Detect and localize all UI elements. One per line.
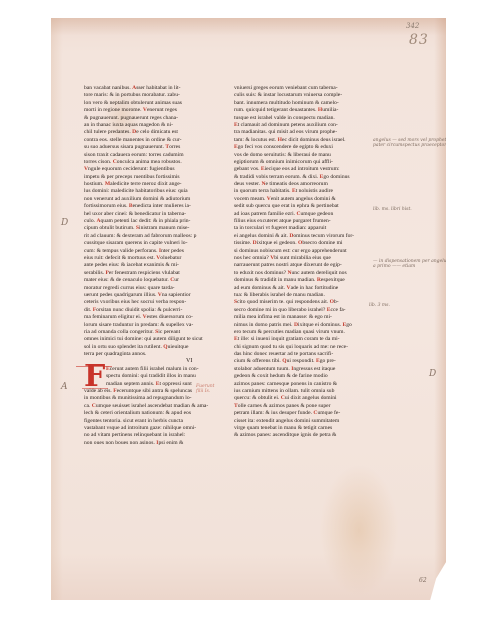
text-line: cisset ita: extendit angelus domini summ… [234,418,364,425]
rubricated-capital: D [253,240,257,246]
text-line: Tolle carnes & azimos panes & pone super [234,403,364,410]
marginal-note-line: a primo —— etiam [373,264,451,269]
marginal-note-line: filii Is. [196,389,214,394]
text-line: rit ad clauum: & dexteram ad fabrorum ma… [84,233,214,240]
marginal-note-line: pater circumspectus praeceptor [373,143,449,148]
rubricated-capital: O [330,299,334,305]
rubricated-capital: M [105,181,110,187]
rubricated-capital: F [93,307,96,313]
text-line: Scito quod miserim te. qui respondens ai… [234,299,364,306]
marginal-note-top: angelus — sed mors vel propheta pater ci… [373,138,449,148]
rubricated-capital: V [287,285,291,291]
text-line: sison traxit cadauera eorum: torres cadu… [84,152,214,159]
folio-number: 83 [409,32,429,48]
rubricated-capital: Q [282,358,286,364]
rubricated-capital: N [262,181,266,187]
rubricated-capital: I [291,366,293,372]
text-line: ta in torculari vt fugeret madian: appar… [234,225,364,232]
text-line: ei angelus domini & ait. Dominus tecum v… [234,233,364,240]
text-line: & pugnauerunt. pugnauerunt reges chana- [84,115,214,122]
text-line: culo. Aquam petenti lac dedit: & in phia… [84,218,214,225]
text-line: egiptiorum & omnium inimicorum qui affli… [234,159,364,166]
rubricated-capital: F [113,388,116,394]
rubricated-capital: D [289,233,293,239]
text-line: omnes inimici tui domine: qui autem dili… [84,336,214,343]
text-line: das hinc donec reuertar ad te portans sa… [234,351,364,358]
text-line: milia mea infima est in manasse: & ego m… [234,314,364,321]
illuminated-initial: F [84,364,106,390]
text-line: ad eum dominus & ait. Vade in hac fortit… [234,285,364,292]
rubricated-capital: I [159,248,161,254]
text-line: eius ruit: defecit & mortuus est. Volueb… [84,255,214,262]
text-line: dit. Forsitan nunc diuidit spolia: & pul… [84,307,214,314]
text-line: fortissimorum eius. Benedicta inter muli… [84,203,214,210]
text-line: nimus in domo patris mei. Dixitque ei do… [234,322,364,329]
text-line: stolabor aduentum tuum. Ingressus est it… [234,366,364,373]
text-line: ante pedes eius: & iacebat exanimis & mi… [84,262,214,269]
rubricated-capital: T [234,403,238,409]
text-line: filius eius excuteret atque purgaret fru… [234,218,364,225]
text-line: tua: & liberabis israhel de manu madian. [234,292,364,299]
text-line: ad ioas patrem familie ezri. Cumque gede… [234,211,364,218]
rubricated-capital: E [316,358,320,364]
text-line: an in thanac iuxta aquas magedon & ni- [84,122,214,129]
chapter-text-line: non oues non boues non asinos. Ipsi enim… [84,440,214,447]
rubricated-capital: H [278,137,282,143]
text-line: si dominus nobiscum est: cur ergo appreh… [234,248,364,255]
rubricated-capital: V [158,292,162,298]
text-line: hostium. Maledicite terre meroz dixit an… [84,181,214,188]
rubricated-capital: C [313,410,317,416]
text-line: quercu: & obtulit ei. Cui dixit angelus … [234,395,364,402]
rubricated-capital: C [281,395,285,401]
rubricated-capital: C [113,159,117,165]
text-line: lus domini: maledicite habitatoribus eiu… [84,188,214,195]
text-line: morti in regione morome. Venerunt reges [84,107,214,114]
text-line: ius carnium mittens in ollam. tulit omni… [234,388,364,395]
text-line: Ego feci vos conscendere de egipto & edu… [234,144,364,151]
text-line: gedeon & coxit hedum & de farine modio [234,373,364,380]
text-line: virge quam tenebat in manu & tetigit car… [234,425,364,432]
text-line: deus vester. Ne timeatis deos amorreorum [234,181,364,188]
rubricated-capital: V [267,196,271,202]
text-line: sedit sub quercu que erat in ephra & per… [234,203,364,210]
text-line: in quorum terra habitatis. Et noluistis … [234,188,364,195]
rubricated-capital: V [270,255,274,261]
right-text-column: vniuersi greges eorum veniebant cum tabe… [234,85,364,440]
text-line: tam: & locutus est. Hec dicit dominus de… [234,137,364,144]
rubricated-capital: C [296,211,300,217]
rubricated-capital: Q [163,344,167,350]
text-line: lon vero & neptalim obtulerunt animas su… [84,100,214,107]
rubricated-capital: P [105,270,108,276]
text-line: vniuersi greges eorum veniebant cum tabe… [234,85,364,92]
text-line: uerunt pedes quadrigarum illius. Vna sap… [84,292,214,299]
chapter-text-line: in montibus & munitissima ad repugnandum… [84,395,214,402]
text-line: tore maris: & in portubus morabatur. zab… [84,92,214,99]
rubricated-capital: S [234,299,237,305]
chapter-text-line: no ad vitam pertinens relinquebant in is… [84,432,214,439]
rubricated-capital: E [342,322,346,328]
folio-small-annotation: 342 [406,22,419,30]
rubricated-capital: B [129,203,133,209]
text-line: serabilis. Per fenestram respiciens vlul… [84,270,214,277]
text-line: chil tulere predantes. De celo dimicatu … [84,129,214,136]
rubricated-capital: A [132,85,136,91]
marginal-note-angel: lib. 3 ms. [369,303,390,308]
text-line: contra eos. stelle manentes in ordine & … [84,137,214,144]
rubricated-capital: E [320,174,324,180]
text-line: Et clamauit ad dominum petens auxilium c… [234,122,364,129]
rubricated-capital: E [261,166,265,172]
text-line: ria ad ornanda colla congeritur. Sic per… [84,329,214,336]
rubricated-capital: V [156,255,160,261]
text-line: cipum obtulit butirum. Sinistram manum m… [84,225,214,232]
text-line: moratur regredi currus eius: quare tarda… [84,285,214,292]
rubricated-capital: E [292,188,296,194]
text-line: cussitque sisaram querens in capite vuln… [84,240,214,247]
marginal-note-mid: lib. ms. libri hist. [373,207,412,212]
text-line: non venerunt ad auxilium domini & adiuto… [84,196,214,203]
marginal-symbol-left: D [61,218,68,228]
text-line: narrauerunt patres nostri atque dixerunt… [234,262,364,269]
rubricated-capital: H [318,107,322,113]
text-line: mater eius: & de cenaculo loquebatur. Cu… [84,277,214,284]
rubricated-capital: T [165,144,169,150]
rubricated-capital: V [84,166,88,172]
text-line: secro domine mi in quo liberabo israhel?… [234,307,364,314]
manuscript-page: 342 83 ban vacabat nanibus. Asser habita… [51,18,446,600]
rubricated-capital: E [234,144,238,150]
rubricated-capital: A [96,218,100,224]
text-line: impetu & per preceps ruentibus fortissim… [84,174,214,181]
text-line: to eduxit nos dominus? Nunc autem dereli… [234,270,364,277]
text-line: cium & offerens tibi. Qui respondit. Ego… [234,358,364,365]
text-line: su suo aduersus sisara pugnauerunt. Torr… [84,144,214,151]
marginal-symbol-right: D [429,369,436,379]
corner-annotation: 62 [419,578,427,583]
text-line: cum: & tempus valide perforans. Inter pe… [84,248,214,255]
rubricated-capital: D [132,129,136,135]
text-line: lorum sisare traduntur in predam: & supe… [84,322,214,329]
rubricated-capital: I [156,440,158,446]
chapter-text-line: figentes tentoria. sicut erant in herbis… [84,418,214,425]
text-line: terra per quadraginta annos. [84,351,214,358]
text-line: Et ille: si inueni inquit gratiam coram … [234,336,364,343]
rubricated-capital: V [143,314,147,320]
text-line: Vngule equorum ceciderunt: fugientibus [84,166,214,173]
text-line: & azimos panes: ascenditque ignis de pet… [234,432,364,439]
text-line: nos hec omnia? Vbi sunt mirabilia eius q… [234,255,364,262]
text-line: culis suis: & instar locustarum vniuersa… [234,92,364,99]
rubricated-capital: C [92,403,96,409]
text-line: vos de domo seruitutis: & liberaui de ma… [234,152,364,159]
text-line: dominus & tradidit in manu madian. Respe… [234,277,364,284]
text-line: chi signum quod tu sis qui loquaris ad m… [234,344,364,351]
text-line: ban vacabat nanibus. Asser habitabat in … [84,85,214,92]
text-line: sol in ortu suo splendet ita rutilent. Q… [84,344,214,351]
text-line: rum. quicquid tetigerant deuastantes. Hu… [234,107,364,114]
chapter-number: VI [186,358,192,364]
text-line: petram illam: & ius desuper funde. Cumqu… [234,410,364,417]
text-line: vocem meam. Venit autem angelus domini & [234,196,364,203]
rubricated-capital: S [155,329,158,335]
text-line: gebant vos. Eiecique eos ad introitum ve… [234,166,364,173]
marginal-symbol-left-lower: A [61,382,68,392]
text-line: ero tecum & percuties madian quasi virum… [234,329,364,336]
text-line: ma feminarum eligitur ei. Vestes diuerso… [84,314,214,321]
rubricated-capital: O [298,240,302,246]
text-line: & tradidi vobis terram eorum. & dixi. Eg… [234,174,364,181]
text-line: tra madianitas. qui misit ad eos virum p… [234,129,364,136]
rubricated-capital: E [234,122,238,128]
text-line: bant. innumera multitudo hominum & camel… [234,100,364,107]
text-line: tissime. Dixitque ei gedeon. Obsecro dom… [234,240,364,247]
marginal-note-lower: — in dispensationem per angelum a primo … [373,259,451,269]
chapter-text-line: vastabant vsque ad introitum gaze: nihil… [84,425,214,432]
text-line: azimos panes: carnesque ponens in canist… [234,381,364,388]
rubricated-capital: E [327,307,331,313]
rubricated-capital: E [156,381,160,387]
text-line: tusque est israhel valde in conspectu ma… [234,115,364,122]
chapter-text-line: lech & ceteri orientalium nationum: & ap… [84,410,214,417]
text-line: hel uxor aber cinei: & benedicatur in ta… [84,211,214,218]
rubricated-capital: S [136,225,139,231]
rubricated-capital: E [234,336,238,342]
rubricated-capital: D [294,322,298,328]
rubricated-capital: C [170,277,174,283]
chapter-marginal-note: Fuerunt filii Is. [196,384,214,394]
chapter-text-line: ca. Cumque seuisset israhel ascendebat m… [84,403,214,410]
text-line: ceteris vxoribus eius hec socrui verba r… [84,299,214,306]
rubricated-capital: N [287,270,291,276]
rubricated-capital: R [317,277,321,283]
rubricated-capital: V [143,107,147,113]
text-line: torres cison. Conculca anima mea robusto… [84,159,214,166]
